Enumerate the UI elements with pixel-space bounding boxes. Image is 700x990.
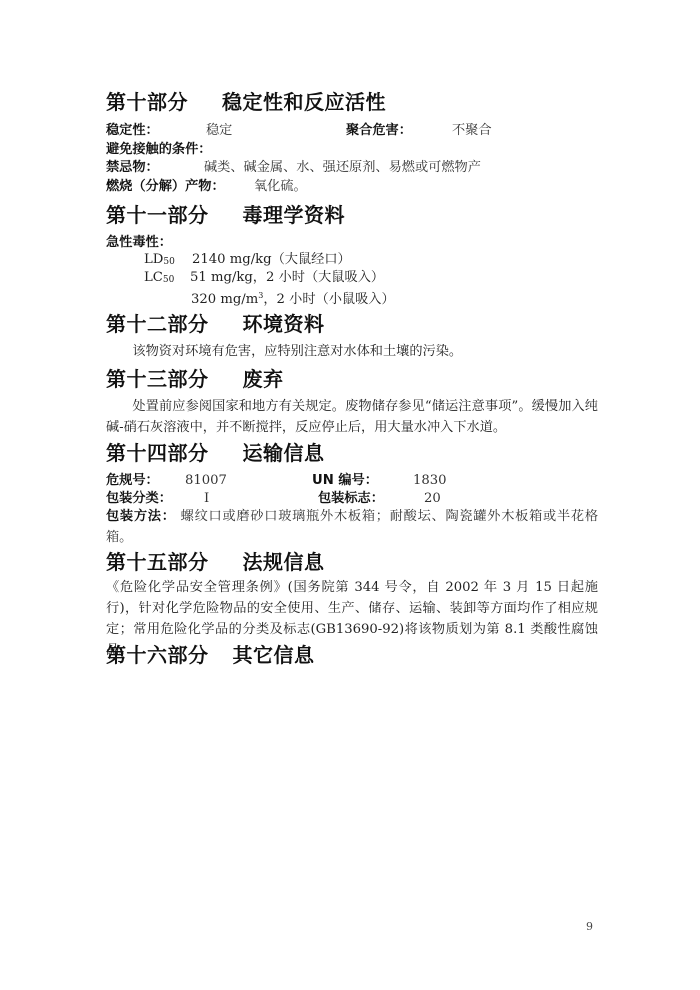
- field-label: 急性毒性：: [106, 235, 172, 250]
- section-part: 第十四部分: [106, 441, 209, 465]
- ld50-name: LD50: [144, 252, 175, 267]
- ld50-row: LD50 2140 mg/kg（大鼠经口）: [144, 251, 175, 271]
- environment-text: 该物资对环境有危害，应特别注意对水体和土壤的污染。: [106, 341, 598, 362]
- ld50-value: 2140 mg/kg（大鼠经口）: [192, 251, 351, 269]
- lc50-subscript: 50: [163, 275, 174, 285]
- field-value: 稳定: [206, 122, 232, 140]
- field-label: 包装标志：: [318, 491, 384, 506]
- ld50-label: LD: [144, 252, 163, 267]
- section-part: 第十三部分: [106, 367, 209, 391]
- section-heading-16: 第十六部分其它信息: [106, 643, 315, 667]
- lc50-2-suffix: ，2 小时（小鼠吸入）: [263, 292, 394, 307]
- field-packing-method: 包装方法： 螺纹口或磨砂口玻璃瓶外木板箱；耐酸坛、陶瓷罐外木板箱或半花格箱。: [106, 506, 598, 548]
- section-title: 环境资料: [243, 312, 325, 336]
- lc50-2-value: 320 mg/m: [191, 292, 258, 307]
- section-heading-12: 第十二部分环境资料: [106, 312, 325, 336]
- field-value: 氧化硫。: [254, 178, 307, 196]
- field-value: 不聚合: [452, 122, 492, 140]
- field-combustion-products: 燃烧（分解）产物： 氧化硫。: [106, 178, 225, 196]
- field-hazard-regulation-number: 危规号： 81007: [106, 472, 159, 490]
- field-label: UN 编号：: [312, 473, 378, 488]
- field-label: 聚合危害：: [346, 123, 412, 138]
- section-title: 稳定性和反应活性: [222, 90, 386, 114]
- document-page: 第十部分稳定性和反应活性 稳定性： 稳定 聚合危害： 不聚合 避免接触的条件： …: [0, 0, 700, 990]
- section-heading-13: 第十三部分废弃: [106, 367, 284, 391]
- field-value: 1830: [413, 472, 447, 490]
- ld50-subscript: 50: [163, 257, 174, 267]
- field-label: 包装分类：: [106, 491, 172, 506]
- lc50-name: LC50: [144, 270, 174, 285]
- lc50-value: 51 mg/kg，2 小时（大鼠吸入）: [190, 269, 384, 287]
- field-value: 碱类、碱金属、水、强还原剂、易燃或可燃物产: [204, 159, 481, 177]
- field-value: 81007: [185, 472, 227, 490]
- section-title: 毒理学资料: [243, 203, 346, 227]
- section-part: 第十部分: [106, 90, 188, 114]
- field-label: 危规号：: [106, 473, 159, 488]
- field-stability: 稳定性： 稳定: [106, 122, 159, 140]
- field-value: 螺纹口或磨砂口玻璃瓶外木板箱；耐酸坛、陶瓷罐外木板箱或半花格箱。: [106, 509, 598, 545]
- field-label: 避免接触的条件：: [106, 142, 212, 157]
- field-label: 稳定性：: [106, 123, 159, 138]
- section-part: 第十一部分: [106, 203, 209, 227]
- lc50-row-2: 320 mg/m3，2 小时（小鼠吸入）: [191, 287, 395, 309]
- field-label: 禁忌物：: [106, 160, 159, 175]
- disposal-text: 处置前应参阅国家和地方有关规定。废物储存参见“储运注意事项”。缓慢加入纯碱-硝石…: [106, 396, 598, 438]
- lc50-label: LC: [144, 270, 163, 285]
- field-un-number: UN 编号： 1830: [312, 472, 378, 490]
- section-heading-10: 第十部分稳定性和反应活性: [106, 90, 386, 114]
- field-label: 燃烧（分解）产物：: [106, 179, 225, 194]
- section-part: 第十二部分: [106, 312, 209, 336]
- section-heading-14: 第十四部分运输信息: [106, 441, 325, 465]
- field-label: 包装方法：: [106, 509, 176, 524]
- acute-toxicity-label: 急性毒性：: [106, 234, 172, 252]
- page-number: 9: [586, 920, 593, 933]
- field-avoid-conditions: 避免接触的条件：: [106, 141, 212, 159]
- section-title: 运输信息: [243, 441, 325, 465]
- field-incompatibles: 禁忌物： 碱类、碱金属、水、强还原剂、易燃或可燃物产: [106, 159, 159, 177]
- section-title: 其它信息: [233, 643, 315, 667]
- section-title: 法规信息: [243, 550, 325, 574]
- section-heading-15: 第十五部分法规信息: [106, 550, 325, 574]
- field-polymerization-hazard: 聚合危害： 不聚合: [346, 122, 412, 140]
- section-heading-11: 第十一部分毒理学资料: [106, 203, 345, 227]
- section-part: 第十六部分: [106, 643, 209, 667]
- section-part: 第十五部分: [106, 550, 209, 574]
- lc50-row: LC50 51 mg/kg，2 小时（大鼠吸入）: [144, 269, 174, 289]
- section-title: 废弃: [243, 367, 284, 391]
